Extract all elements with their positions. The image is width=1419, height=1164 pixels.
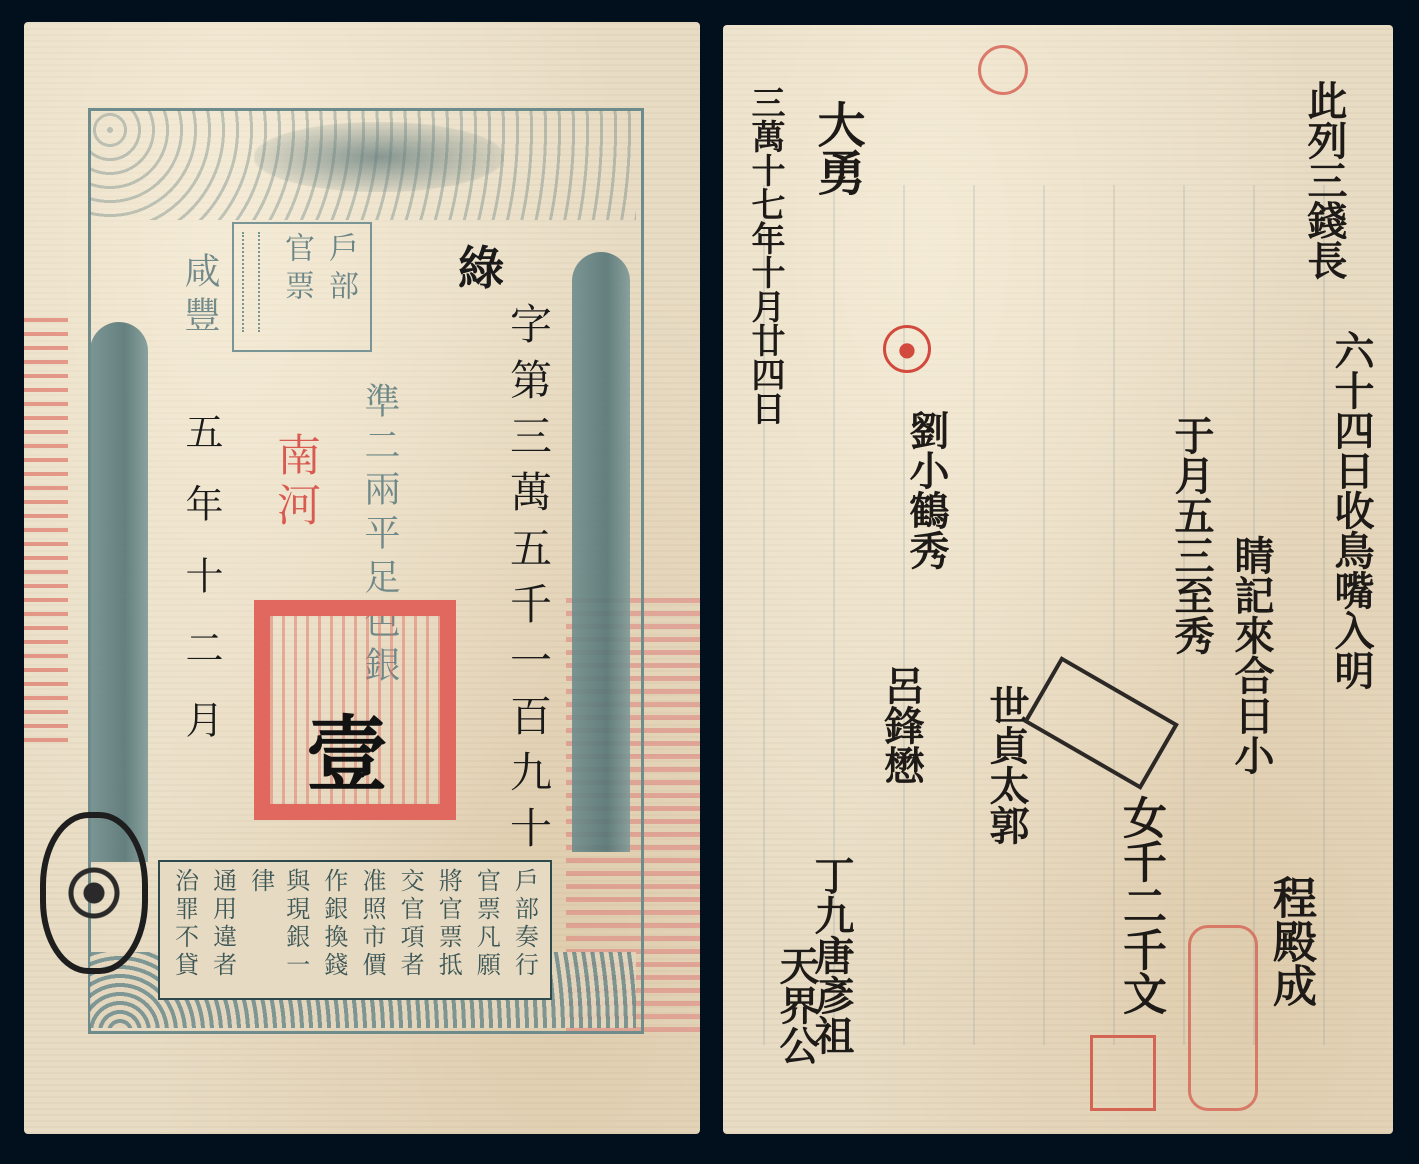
regulation-line: 作銀換錢 — [317, 868, 352, 992]
endorsement-12: 天界公 — [768, 945, 825, 1065]
manchu-script — [242, 232, 258, 332]
endorsement-4: 于月五三至秀 — [1163, 415, 1220, 655]
title-cartouche: 戶部 官票 — [232, 222, 372, 352]
endorsement-5: 女千二千文 — [1108, 795, 1172, 1015]
endorsement-1: 此列三錢長 — [1296, 80, 1353, 280]
title-line-2: 官票 — [274, 232, 318, 342]
regulation-line: 治罪不貸 — [168, 868, 203, 992]
regulation-line: 與現銀一律 — [244, 868, 314, 992]
endorsement-10: 呂鋒懋 — [873, 665, 930, 785]
dragon-motif — [254, 122, 504, 192]
red-tall-stamp — [1188, 925, 1258, 1111]
series-character: 綠 — [458, 232, 504, 298]
endorsement-9: 劉小鶴秀 — [898, 410, 955, 570]
endorsement-13: 世貞太郭 — [978, 685, 1035, 845]
endorsement-7: 三萬十七年十月廿四日 — [741, 85, 790, 425]
regulation-line: 戶部奏行 — [507, 868, 542, 992]
issue-date: 五年十二月 — [174, 412, 229, 772]
manchu-script — [258, 232, 274, 332]
red-square-stamp — [1090, 1035, 1156, 1111]
banknote-back: 此列三錢長 六十四日收鳥嘴入明 睛記來合日小 于月五三至秀 女千二千文 程殿成 … — [723, 25, 1393, 1134]
left-dragon-pillar — [90, 322, 148, 862]
regulation-line: 官票凡願 — [469, 868, 504, 992]
reign-title: 咸豐 — [174, 252, 225, 340]
title-line-1: 戶部 — [318, 232, 362, 342]
endorsement-3: 睛記來合日小 — [1223, 535, 1280, 775]
endorsement-6: 程殿成 — [1258, 875, 1322, 1007]
regulation-line: 准照市價 — [355, 868, 390, 992]
province-stamp: 南河 — [262, 432, 326, 532]
endorsement-8: 大勇 — [803, 100, 872, 196]
red-round-stamp: ● — [883, 325, 931, 373]
banknote-front: 戶部 官票 綠 字第三萬五千一百九十二號 咸豐 五年十二月 南河 準二兩平足色銀… — [24, 22, 700, 1134]
endorsement-2: 六十四日收鳥嘴入明 — [1323, 330, 1380, 690]
black-swirl-seal — [40, 812, 148, 974]
right-dragon-pillar — [572, 252, 630, 852]
red-edge-seal-left — [24, 312, 68, 742]
regulation-line: 將官票抵 — [431, 868, 466, 992]
red-round-stamp — [978, 45, 1028, 95]
regulation-line: 通用違者 — [206, 868, 241, 992]
regulation-text-panel: 戶部奏行 官票凡願 將官票抵 交官項者 准照市價 作銀換錢 與現銀一律 通用違者… — [158, 860, 552, 1000]
denomination-character: 壹 — [306, 690, 388, 807]
regulation-line: 交官項者 — [393, 868, 428, 992]
